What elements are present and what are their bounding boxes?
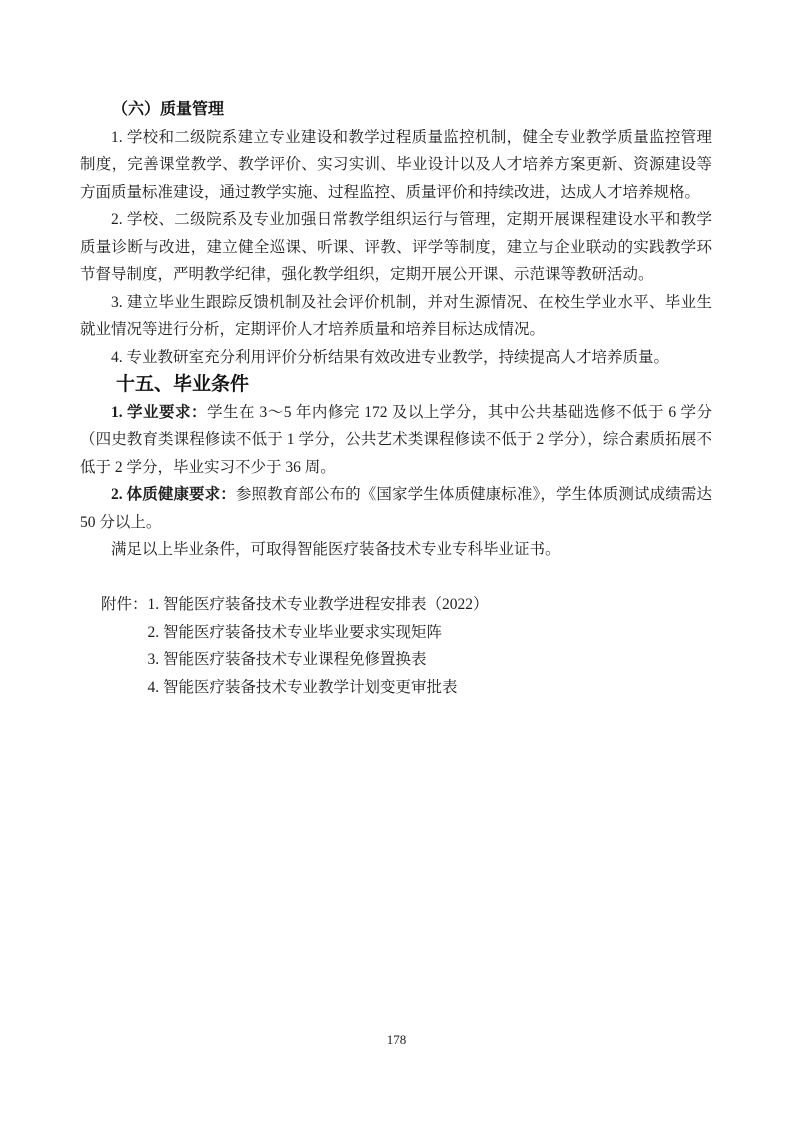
- section-heading-quality-management: （六）质量管理: [80, 96, 712, 124]
- graduation-requirement-fitness: 2. 体质健康要求：参照教育部公布的《国家学生体质健康标准》，学生体质测试成绩需…: [80, 481, 712, 536]
- attachments-block: 附件： 1. 智能医疗装备技术专业教学进程安排表（2022） 2. 智能医疗装备…: [101, 591, 712, 701]
- attachments-list: 1. 智能医疗装备技术专业教学进程安排表（2022） 2. 智能医疗装备技术专业…: [148, 591, 712, 701]
- attachment-item-3: 3. 智能医疗装备技术专业课程免修置换表: [148, 646, 712, 674]
- attachment-item-2: 2. 智能医疗装备技术专业毕业要求实现矩阵: [148, 619, 712, 647]
- document-page: （六）质量管理 1. 学校和二级院系建立专业建设和教学过程质量监控机制，健全专业…: [0, 0, 793, 1122]
- quality-paragraph-1: 1. 学校和二级院系建立专业建设和教学过程质量监控机制，健全专业教学质量监控管理…: [80, 124, 712, 207]
- section-heading-graduation-requirements: 十五、毕业条件: [80, 371, 712, 399]
- graduation-closing-statement: 满足以上毕业条件，可取得智能医疗装备技术专业专科毕业证书。: [80, 536, 712, 564]
- quality-paragraph-4: 4. 专业教研室充分利用评价分析结果有效改进专业教学，持续提高人才培养质量。: [80, 344, 712, 372]
- attachments-label: 附件：: [101, 591, 148, 619]
- attachment-item-1: 1. 智能医疗装备技术专业教学进程安排表（2022）: [148, 591, 712, 619]
- quality-paragraph-3: 3. 建立毕业生跟踪反馈机制及社会评价机制，并对生源情况、在校生学业水平、毕业生…: [80, 289, 712, 344]
- quality-paragraph-2: 2. 学校、二级院系及专业加强日常教学组织运行与管理，定期开展课程建设水平和教学…: [80, 206, 712, 289]
- requirement-fitness-lead: 2. 体质健康要求：: [111, 486, 236, 503]
- page-footer: 178: [0, 1032, 793, 1048]
- graduation-requirement-academic: 1. 学业要求：学生在 3～5 年内修完 172 及以上学分，其中公共基础选修不…: [80, 399, 712, 482]
- page-content: （六）质量管理 1. 学校和二级院系建立专业建设和教学过程质量监控机制，健全专业…: [80, 96, 712, 701]
- page-number: 178: [387, 1032, 407, 1047]
- requirement-academic-lead: 1. 学业要求：: [111, 404, 207, 421]
- attachment-item-4: 4. 智能医疗装备技术专业教学计划变更审批表: [148, 674, 712, 702]
